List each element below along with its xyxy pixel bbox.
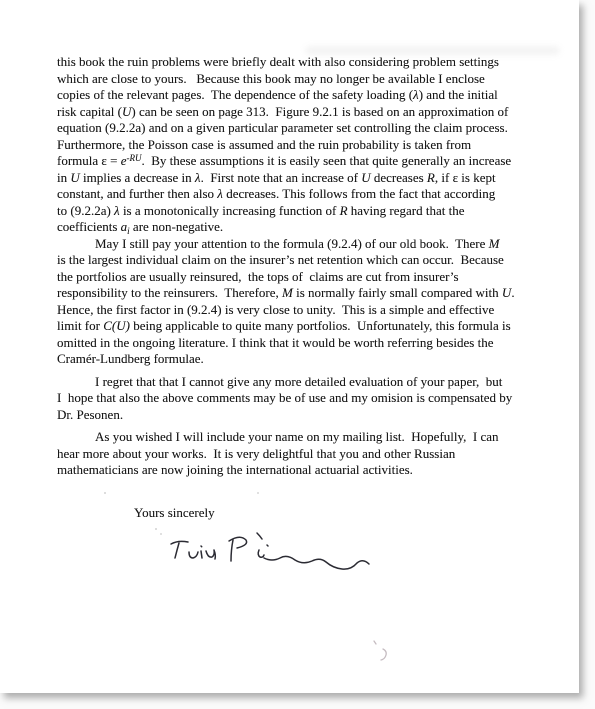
text-line: which are close to yours. Because this b… [57, 71, 562, 88]
text-line: responsibility to the reinsurers. Theref… [57, 285, 562, 302]
pencil-mark [371, 638, 397, 662]
text-line: hear more about your works. It is very d… [57, 446, 562, 463]
text-line: Dr. Pesonen. [57, 407, 562, 424]
letter-page: this book the ruin problems were briefly… [0, 0, 579, 693]
text-line: coefficients ai are non-negative. [57, 219, 562, 236]
text-line: May I still pay your attention to the fo… [57, 236, 562, 253]
text-line: mathematicians are now joining the inter… [57, 462, 562, 479]
letter-body: this book the ruin problems were briefly… [57, 54, 562, 479]
scan-speck [257, 492, 259, 494]
text-line: omitted in the ongoing literature. I thi… [57, 335, 562, 352]
text-line: I regret that that I cannot give any mor… [57, 374, 562, 391]
scan-speck [160, 533, 162, 535]
text-line: in U implies a decrease in λ. First note… [57, 170, 562, 187]
paragraph: this book the ruin problems were briefly… [57, 54, 562, 236]
paragraph: May I still pay your attention to the fo… [57, 236, 562, 368]
closing-salutation: Yours sincerely [134, 505, 215, 521]
scan-speck [104, 492, 106, 494]
text-line: Furthermore, the Poisson case is assumed… [57, 137, 562, 154]
text-line: limit for C(U) being applicable to quite… [57, 318, 562, 335]
text-line: As you wished I will include your name o… [57, 429, 562, 446]
scan-speck [155, 528, 157, 530]
scanned-letter: this book the ruin problems were briefly… [0, 0, 595, 709]
scan-speck [103, 79, 105, 82]
paragraph: I regret that that I cannot give any mor… [57, 374, 562, 424]
text-line: this book the ruin problems were briefly… [57, 54, 562, 71]
text-line: Hence, the first factor in (9.2.4) is ve… [57, 302, 562, 319]
text-line: formula ε = e-RU. By these assumptions i… [57, 153, 562, 170]
text-line: to (9.2.2a) λ is a monotonically increas… [57, 203, 562, 220]
text-line: is the largest individual claim on the i… [57, 252, 562, 269]
text-line: risk capital (U) can be seen on page 313… [57, 104, 562, 121]
text-line: constant, and further then also λ decrea… [57, 186, 562, 203]
text-line: the portfolios are usually reinsured, th… [57, 269, 562, 286]
signature [167, 531, 373, 577]
text-line: copies of the relevant pages. The depend… [57, 87, 562, 104]
text-line: I hope that also the above comments may … [57, 390, 562, 407]
paragraph: As you wished I will include your name o… [57, 429, 562, 479]
text-line: equation (9.2.2a) and on a given particu… [57, 120, 562, 137]
text-line: Cramér-Lundberg formulae. [57, 351, 562, 368]
